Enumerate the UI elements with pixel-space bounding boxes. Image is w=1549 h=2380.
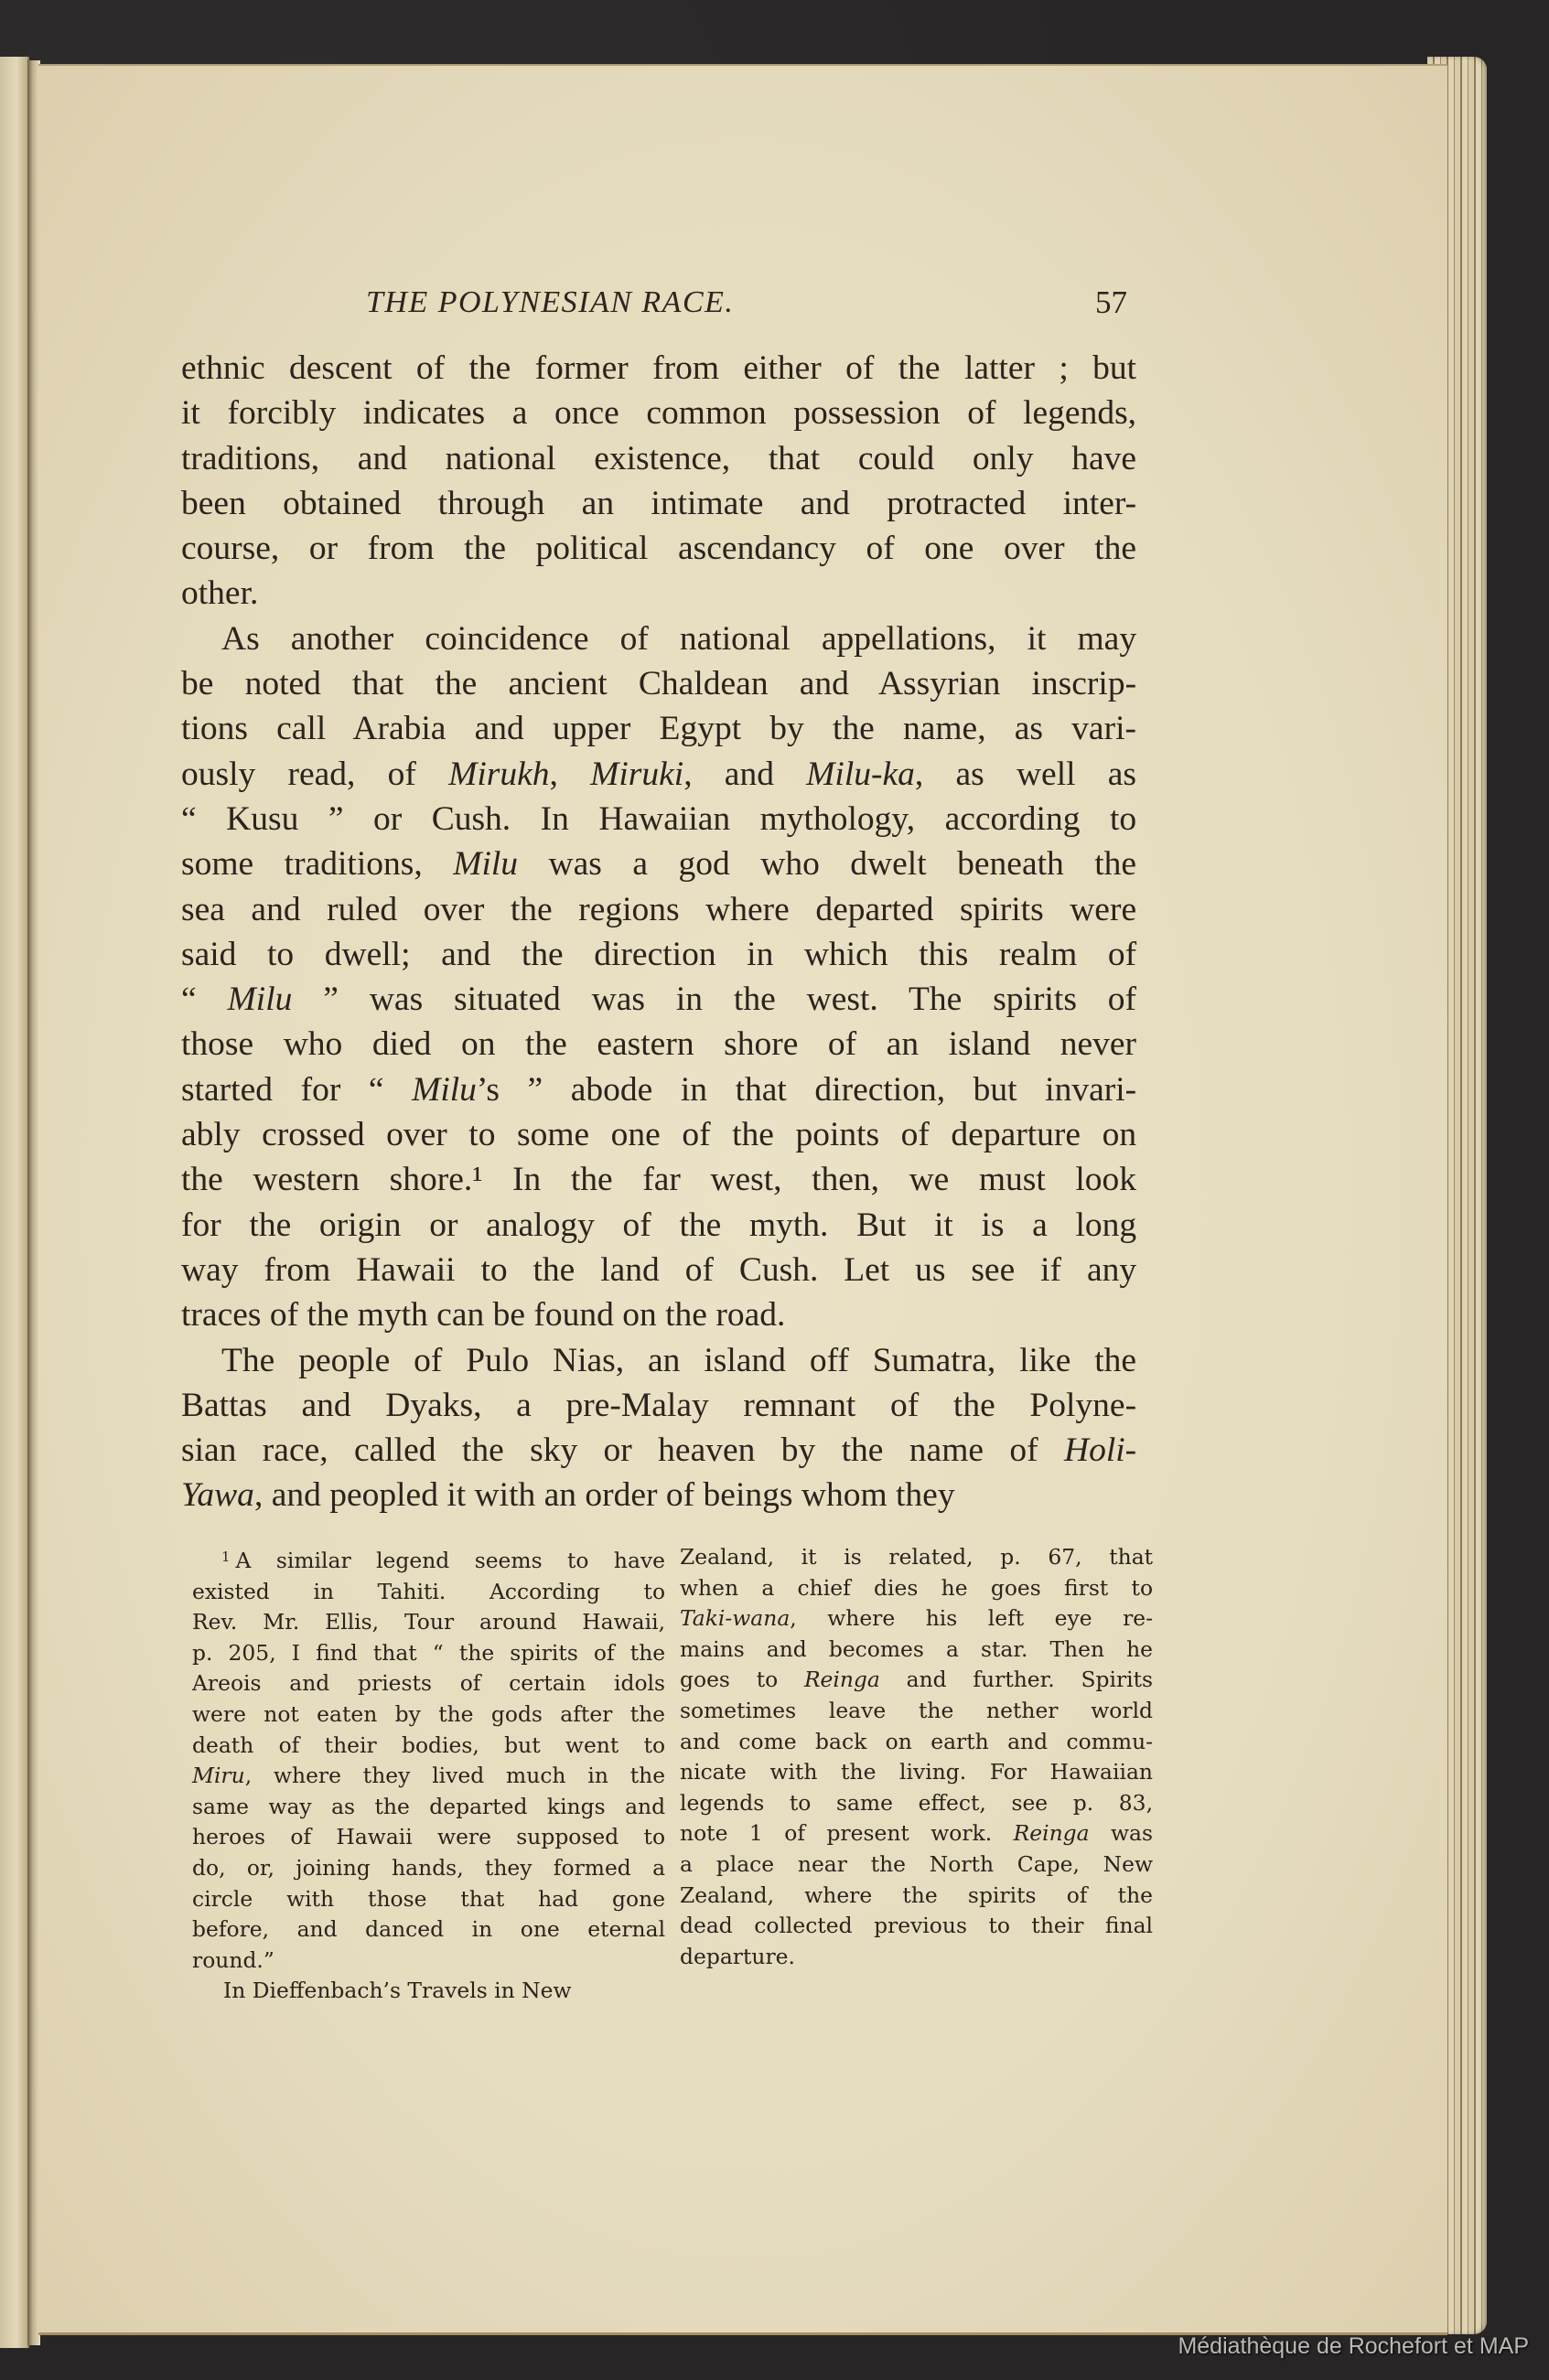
body-line: ethnic descent of the former from either… <box>181 346 1136 391</box>
footnote-line: do, or, joining hands, they formed a <box>192 1853 665 1884</box>
body-line: been obtained through an intimate and pr… <box>181 481 1136 526</box>
body-text: ethnic descent of the former from either… <box>181 346 1136 1518</box>
body-line: started for “ Milu’s ” abode in that dir… <box>181 1067 1136 1112</box>
body-line: those who died on the eastern shore of a… <box>181 1022 1136 1067</box>
page-number: 57 <box>1095 284 1127 321</box>
footnote-line: Zealand, it is related, p. 67, that <box>680 1542 1153 1573</box>
footnote-line: Areois and priests of certain idols <box>192 1668 665 1699</box>
body-line: some traditions, Milu was a god who dwel… <box>181 842 1136 886</box>
footnote-line: Miru, where they lived much in the <box>192 1761 665 1792</box>
footnote-line: legends to same effect, see p. 83, <box>680 1788 1153 1819</box>
footnote-line: were not eaten by the gods after the <box>192 1699 665 1731</box>
footnote-marker: 1 <box>221 1549 231 1565</box>
body-line: “ Kusu ” or Cush. In Hawaiian mythology,… <box>181 797 1136 842</box>
body-line: Yawa, and peopled it with an order of be… <box>181 1473 1136 1517</box>
footnote-line: heroes of Hawaii were supposed to <box>192 1822 665 1853</box>
footnote-line: Taki-wana, where his left eye re- <box>680 1603 1153 1635</box>
body-line: way from Hawaii to the land of Cush. Let… <box>181 1248 1136 1292</box>
body-line: ously read, of Mirukh, Miruki, and Milu-… <box>181 752 1136 797</box>
body-line: traditions, and national existence, that… <box>181 436 1136 481</box>
footnote-column-left: 1A similar legend seems to haveexisted i… <box>192 1542 665 2007</box>
footnote-line: circle with those that had gone <box>192 1884 665 1915</box>
body-line: sian race, called the sky or heaven by t… <box>181 1428 1136 1473</box>
footnote-line: Rev. Mr. Ellis, Tour around Hawaii, <box>192 1607 665 1638</box>
footnote-line: note 1 of present work. Reinga was <box>680 1818 1153 1849</box>
running-head: THE POLYNESIAN RACE. <box>366 285 734 320</box>
footnote-line: same way as the departed kings and <box>192 1792 665 1823</box>
body-line: other. <box>181 571 1136 616</box>
body-line: The people of Pulo Nias, an island off S… <box>181 1338 1136 1383</box>
previous-page-edge <box>0 57 29 2348</box>
footnote-line: before, and danced in one eternal <box>192 1914 665 1946</box>
body-line: traces of the myth can be found on the r… <box>181 1292 1136 1337</box>
footnote-line: mains and becomes a star. Then he <box>680 1635 1153 1666</box>
footnote-line: death of their bodies, but went to <box>192 1731 665 1762</box>
body-line: the western shore.¹ In the far west, the… <box>181 1157 1136 1202</box>
body-line: Battas and Dyaks, a pre-Malay remnant of… <box>181 1383 1136 1428</box>
footnote-line: 1A similar legend seems to have <box>192 1542 665 1577</box>
body-line: course, or from the political ascendancy… <box>181 526 1136 571</box>
footnote-line: p. 205, I find that “ the spirits of the <box>192 1638 665 1669</box>
footnote-line: nicate with the living. For Hawaiian <box>680 1757 1153 1788</box>
body-line: it forcibly indicates a once common poss… <box>181 391 1136 435</box>
footnote-line: departure. <box>680 1942 1153 1973</box>
body-line: tions call Arabia and upper Egypt by the… <box>181 706 1136 751</box>
body-line: “ Milu ” was situated was in the west. T… <box>181 977 1136 1022</box>
library-watermark: Médiathèque de Rochefort et MAP <box>1178 2333 1529 2360</box>
body-line: ably crossed over to some one of the poi… <box>181 1112 1136 1157</box>
footnote-line: dead collected previous to their final <box>680 1911 1153 1942</box>
footnote-line: and come back on earth and commu- <box>680 1727 1153 1758</box>
footnote-line: Zealand, where the spirits of the <box>680 1881 1153 1912</box>
body-line: As another coincidence of national appel… <box>181 616 1136 661</box>
footnote-line: round.” <box>192 1946 665 1977</box>
footnote-column-right: Zealand, it is related, p. 67, thatwhen … <box>680 1542 1153 1972</box>
footnote-line: existed in Tahiti. According to <box>192 1577 665 1608</box>
footnote-line: In Dieffenbach’s Travels in New <box>192 1976 665 2007</box>
footnote-line: goes to Reinga and further. Spirits <box>680 1665 1153 1696</box>
footnote-line: when a chief dies he goes first to <box>680 1573 1153 1604</box>
body-line: for the origin or analogy of the myth. B… <box>181 1203 1136 1248</box>
footnote-line: a place near the North Cape, New <box>680 1849 1153 1881</box>
body-line: sea and ruled over the regions where dep… <box>181 887 1136 932</box>
footnote-line: sometimes leave the nether world <box>680 1696 1153 1727</box>
body-line: said to dwell; and the direction in whic… <box>181 932 1136 977</box>
body-line: be noted that the ancient Chaldean and A… <box>181 661 1136 706</box>
